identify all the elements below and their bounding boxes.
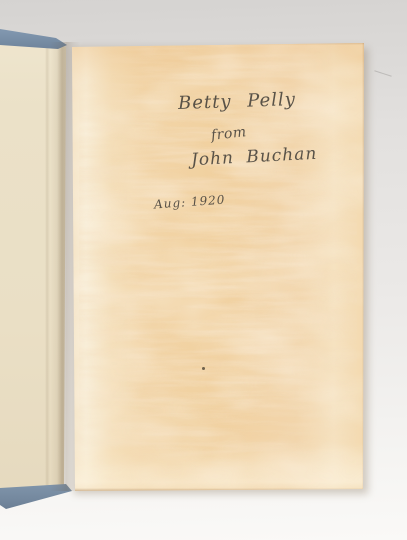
background-scratch [374, 70, 391, 77]
photo-of-inscribed-book: Betty Pelly from John Buchan Aug: 1920 [0, 0, 407, 540]
inscription-recipient: Betty Pelly [178, 89, 297, 114]
flyleaf-page: Betty Pelly from John Buchan Aug: 1920 [70, 42, 365, 491]
ink-speck [202, 367, 205, 370]
